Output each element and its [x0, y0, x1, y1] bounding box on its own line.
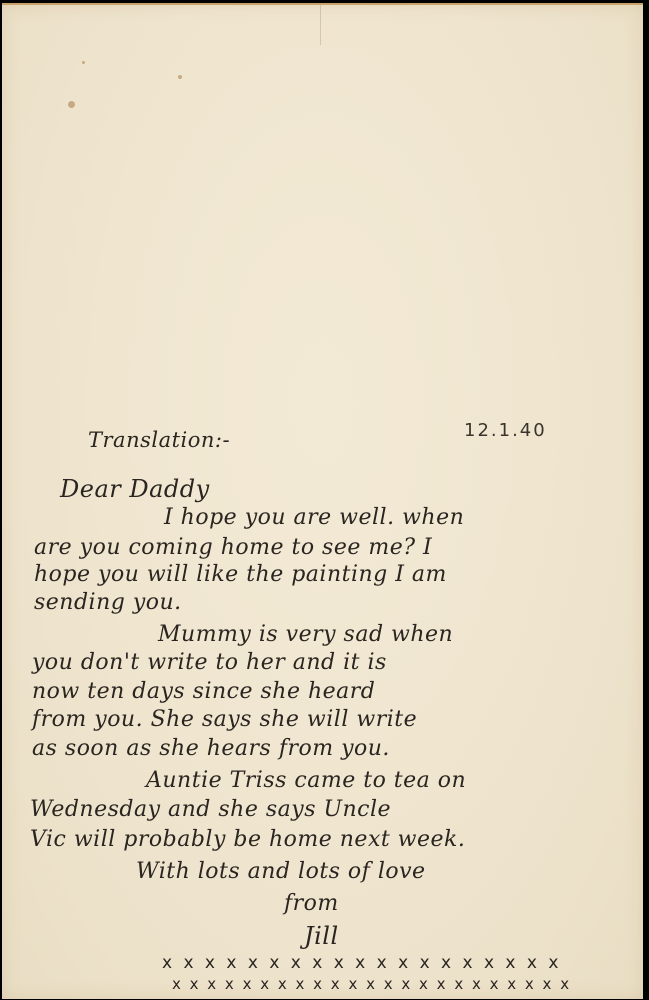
letter-date: 12.1.40	[464, 420, 547, 441]
letter-line: Wednesday and she says Uncle	[30, 797, 391, 822]
letter-signature: Jill	[304, 922, 339, 950]
letter-line: from you. She says she will write	[32, 707, 417, 732]
letter-line: you don't write to her and it is	[32, 650, 387, 675]
letter-line: as soon as she hears from you.	[32, 736, 390, 761]
letter-closing: With lots and lots of love	[136, 859, 426, 884]
paper-fold-mark	[320, 5, 321, 45]
paper-stain	[178, 75, 182, 79]
letter-line: now ten days since she heard	[32, 679, 375, 704]
paper-stain	[68, 101, 75, 108]
kisses-row: x x x x x x x x x x x x x x x x x x x	[162, 953, 561, 973]
letter-salutation: Dear Daddy	[60, 475, 210, 503]
letter-from: from	[284, 891, 339, 916]
letter-line: Vic will probably be home next week.	[30, 827, 465, 852]
letter-line: I hope you are well. when	[164, 505, 464, 530]
letter-line: are you coming home to see me? I	[34, 535, 432, 560]
kisses-row: x x x x x x x x x x x x x x x x x x x x …	[172, 975, 571, 993]
letter-line: Mummy is very sad when	[158, 622, 453, 647]
letter-page: Translation:- 12.1.40 Dear Daddy I hope …	[2, 3, 643, 999]
letter-line: Auntie Triss came to tea on	[146, 768, 466, 793]
letter-heading: Translation:-	[88, 428, 230, 452]
paper-stain	[82, 61, 85, 64]
letter-line: hope you will like the painting I am	[34, 562, 447, 587]
letter-line: sending you.	[34, 590, 182, 615]
